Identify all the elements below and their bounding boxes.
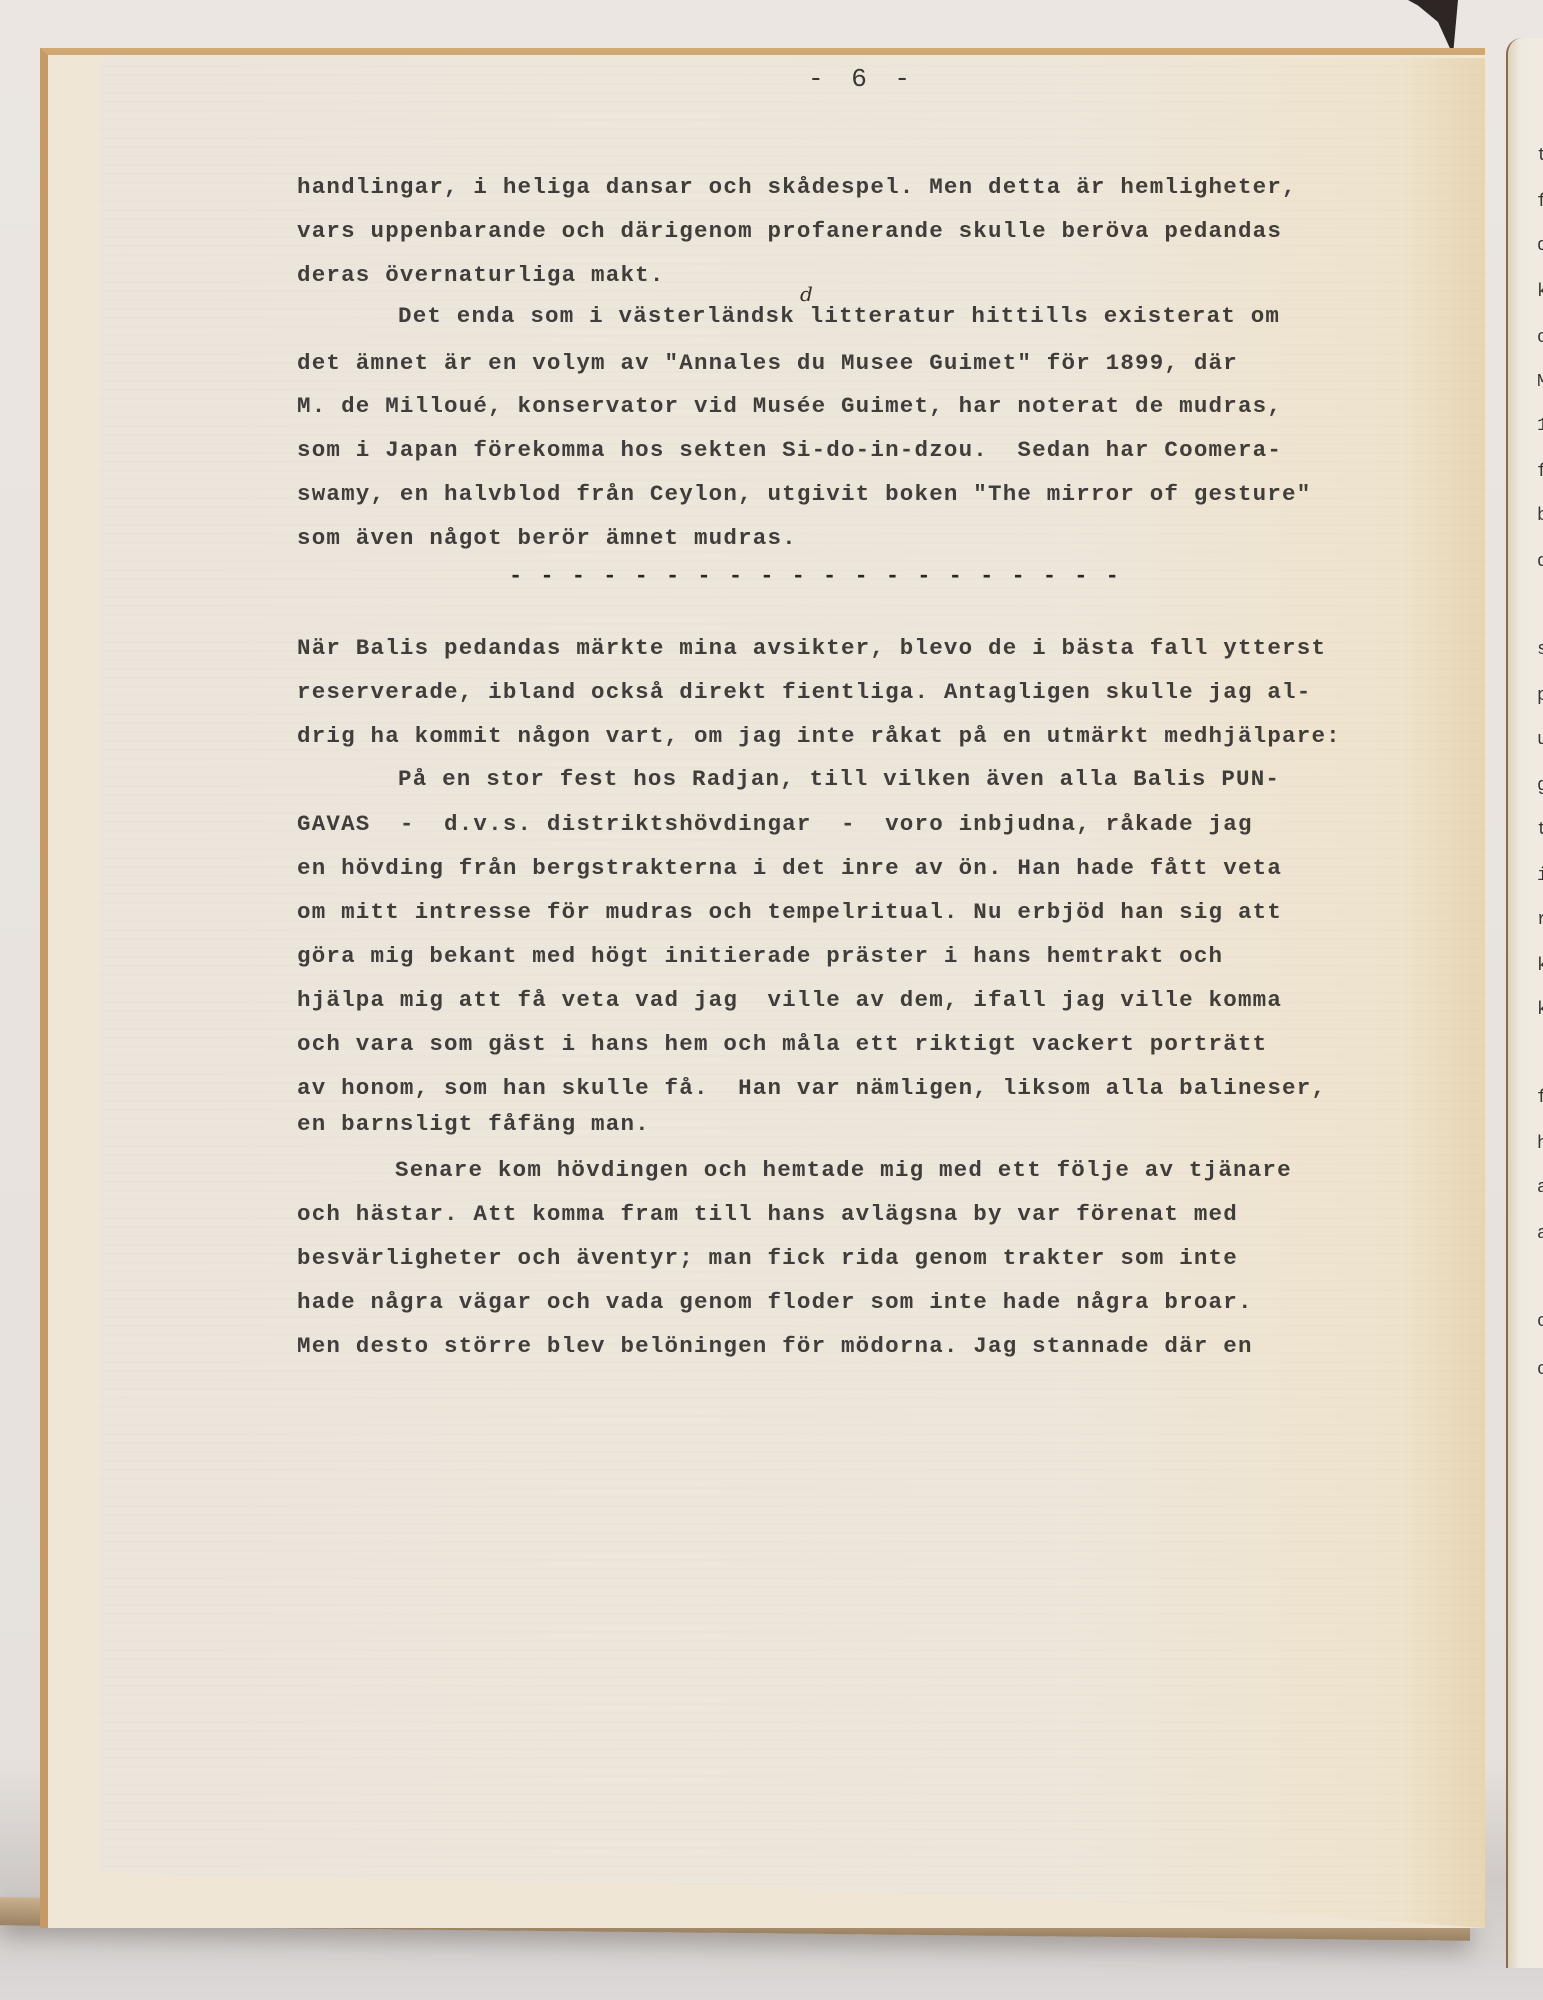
section-divider: - - - - - - - - - - - - - - - - - - - - — [509, 564, 1121, 589]
text-line: GAVAS - d.v.s. distriktshövdingar - voro… — [297, 811, 1253, 837]
text-line: om mitt intresse för mudras och tempelri… — [297, 899, 1282, 925]
handwritten-correction: d — [800, 282, 813, 306]
adjacent-fragment: fol — [1537, 192, 1543, 212]
adjacent-fragment: 18- — [1537, 416, 1543, 436]
text-line: besvärligheter och äventyr; man fick rid… — [297, 1245, 1238, 1271]
adjacent-fragment: kun — [1537, 282, 1543, 302]
adjacent-fragment: gud — [1537, 776, 1543, 796]
adjacent-fragment: och — [1537, 1360, 1543, 1380]
text-line: drig ha kommit någon vart, om jag inte r… — [297, 723, 1341, 749]
adjacent-fragment: tid — [1537, 146, 1543, 166]
text-line: och hästar. Att komma fram till hans avl… — [297, 1201, 1238, 1227]
text-line: vars uppenbarande och därigenom profaner… — [297, 218, 1282, 244]
text-line: en hövding från bergstrakterna i det inr… — [297, 855, 1282, 881]
adjacent-fragment: rit — [1537, 910, 1543, 930]
adjacent-fragment: och — [1537, 1312, 1543, 1332]
text-line: hjälpa mig att få veta vad jag ville av … — [297, 987, 1282, 1013]
text-line: Men desto större blev belöningen för möd… — [297, 1333, 1253, 1359]
text-line: och vara som gäst i hans hem och måla et… — [297, 1031, 1267, 1057]
adjacent-fragment: Men — [1537, 372, 1543, 392]
text-line: hade några vägar och vada genom floder s… — [297, 1289, 1253, 1315]
text-line: en barnsligt fåfäng man. — [297, 1111, 650, 1137]
text-line: göra mig bekant med högt initierade präs… — [297, 943, 1223, 969]
adjacent-fragment: bal — [1537, 506, 1543, 526]
text-line: reserverade, ibland också direkt fientli… — [297, 679, 1311, 705]
adjacent-fragment: i d — [1537, 866, 1543, 886]
adjacent-fragment: ald — [1537, 1224, 1543, 1244]
adjacent-fragment: fic — [1537, 462, 1543, 482]
adjacent-fragment: ped — [1537, 686, 1543, 706]
adjacent-fragment: all — [1537, 1178, 1543, 1198]
text-line: På en stor fest hos Radjan, till vilken … — [398, 766, 1280, 792]
text-line: När Balis pedandas märkte mina avsikter,… — [297, 635, 1326, 661]
text-line: swamy, en halvblod från Ceylon, utgivit … — [297, 481, 1311, 507]
text-line: av honom, som han skulle få. Han var näm… — [297, 1075, 1326, 1101]
text-line: som även något berör ämnet mudras. — [297, 525, 797, 551]
text-line: det ämnet är en volym av "Annales du Mus… — [297, 350, 1238, 376]
adjacent-fragment: der — [1537, 552, 1543, 572]
adjacent-fragment: kom — [1537, 1000, 1543, 1020]
text-line: Senare kom hövdingen och hemtade mig med… — [395, 1157, 1292, 1183]
adjacent-fragment: klo — [1537, 956, 1543, 976]
text-line: Det enda som i västerländsk litteratur h… — [398, 303, 1280, 329]
adjacent-fragment: upp — [1537, 730, 1543, 750]
adjacent-fragment: frå — [1537, 1088, 1543, 1108]
adjacent-fragment: his — [1537, 1134, 1543, 1154]
adjacent-fragment: dis — [1537, 236, 1543, 256]
text-line: handlingar, i heliga dansar och skådespe… — [297, 174, 1297, 200]
text-line: M. de Milloué, konservator vid Musée Gui… — [297, 393, 1282, 419]
page-number: - 6 - — [808, 64, 916, 94]
adjacent-fragment: och — [1537, 328, 1543, 348]
cover-corner — [1408, 0, 1458, 55]
adjacent-fragment: sku — [1537, 640, 1543, 660]
adjacent-fragment: tad — [1537, 820, 1543, 840]
text-line: som i Japan förekomma hos sekten Si-do-i… — [297, 437, 1282, 463]
text-line: deras övernaturliga makt. — [297, 262, 665, 288]
